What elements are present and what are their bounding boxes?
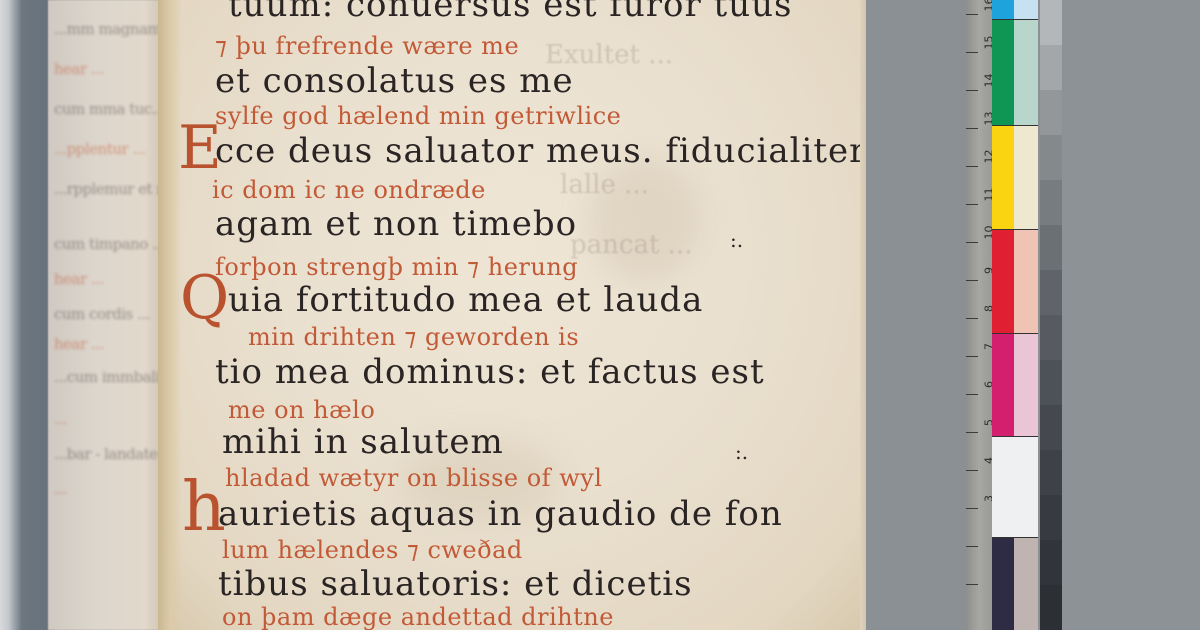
latin-line: tibus saluatoris: et dicetis (218, 567, 693, 601)
left-page-line: ...pplentur ... (54, 140, 145, 158)
latin-line: uia fortitudo mea et lauda (228, 283, 703, 317)
light-magenta-patch (1014, 334, 1038, 437)
background-left (0, 0, 55, 630)
latin-line: tio mea dominus: et factus est (215, 355, 765, 389)
magenta-patch (992, 334, 1014, 437)
left-page-line: ... (54, 410, 67, 428)
gray-step (1040, 0, 1062, 45)
latin-line: cce deus saluator meus. fiducialiter (215, 134, 866, 168)
latin-line: mihi in salutem (222, 425, 504, 459)
left-page-line: hear ... (54, 60, 104, 78)
gray-step (1040, 135, 1062, 180)
gutter-shadow (158, 0, 182, 630)
gray-step (1040, 450, 1062, 495)
background-right (1062, 0, 1200, 630)
gray-step (1040, 90, 1062, 135)
green-patch (992, 20, 1014, 126)
latin-line: aurietis aquas in gaudio de fon (218, 497, 783, 531)
gray-step (1040, 45, 1062, 90)
left-page-line: hear ... (54, 270, 104, 288)
left-page-line: cum timpano ... (54, 235, 165, 253)
manuscript-photo: ...mm magnamu... hear ... cum mma tuc...… (0, 0, 1200, 630)
white-patch (992, 437, 1038, 538)
gray-step (1040, 495, 1062, 540)
gray-step (1040, 180, 1062, 225)
gray-step (1040, 405, 1062, 450)
gloss-line: ic dom ic ne ondræde (212, 178, 486, 202)
dark-patch (992, 538, 1014, 630)
gloss-line: on þam dæge andettad drihtne (222, 605, 614, 629)
left-page-line: ... (54, 480, 67, 498)
light-red-patch (1014, 230, 1038, 334)
gray-step (1040, 360, 1062, 405)
light-brown-patch (1014, 538, 1038, 630)
red-patch (992, 230, 1014, 334)
gloss-line: ⁊ þu frefrende wære me (215, 34, 519, 58)
gloss-line: sylfe god hælend min getriwlice (215, 104, 621, 128)
latin-line: agam et non timebo (215, 207, 577, 241)
yellow-patch (992, 126, 1014, 230)
cyan-patch (992, 0, 1014, 20)
initial-letter: Q (180, 268, 229, 328)
latin-line: et consolatus es me (215, 64, 574, 98)
latin-line: tuum: conuersus est furor tuus (228, 0, 792, 22)
left-page-line: cum mma tuc... (54, 100, 165, 118)
gray-step (1040, 315, 1062, 360)
gloss-line: lum hælendes ⁊ cweðad (222, 538, 523, 562)
left-page-line: hear ... (54, 335, 104, 353)
gray-step (1040, 585, 1062, 630)
gloss-line: min drihten ⁊ geworden is (248, 325, 579, 349)
gray-step (1040, 225, 1062, 270)
punctuation: :. (730, 228, 743, 252)
light-yellow-patch (1014, 126, 1038, 230)
light-cyan-patch (1014, 0, 1038, 20)
gloss-line: forþon strengþ min ⁊ herung (215, 255, 578, 279)
light-green-patch (1014, 20, 1038, 126)
gloss-line: hladad wætyr on blisse of wyl (225, 466, 602, 490)
punctuation: :. (735, 440, 748, 464)
gloss-line: me on hælo (228, 398, 375, 422)
gray-step (1040, 270, 1062, 315)
gray-step (1040, 540, 1062, 585)
left-page: ...mm magnamu... hear ... cum mma tuc...… (48, 0, 168, 630)
left-page-line: cum cordis ... (54, 305, 150, 323)
